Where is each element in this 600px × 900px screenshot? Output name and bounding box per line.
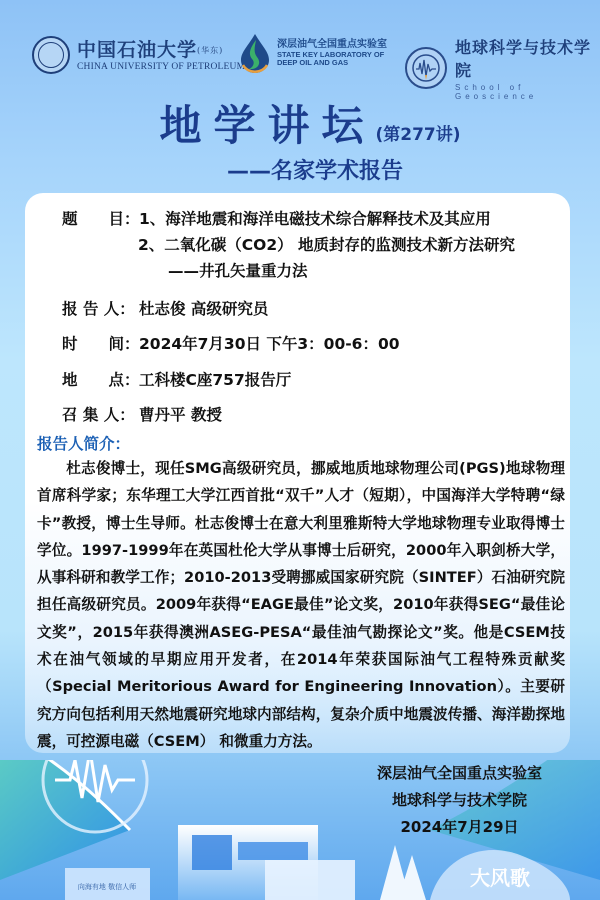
footer-org-1: 深层油气全国重点实验室 <box>377 760 542 787</box>
topic-row: 题 目：1、海洋地震和海洋电磁技术综合解释技术及其应用 <box>62 207 491 229</box>
footer-signature: 深层油气全国重点实验室 地球科学与技术学院 2024年7月29日 <box>377 760 542 841</box>
footer-org-2: 地球科学与技术学院 <box>377 787 542 814</box>
upc-name-en: CHINA UNIVERSITY OF PETROLEUM <box>77 62 245 72</box>
title-block: 地学讲坛(第277讲) ——名家学术报告 <box>0 100 600 185</box>
topic-label: 题 目： <box>62 207 139 229</box>
footer-date: 2024年7月29日 <box>377 814 542 841</box>
time-row: 时 间：2024年7月30日 下午3：00-6：00 <box>62 332 400 354</box>
upc-suffix: (华东) <box>197 46 223 55</box>
geo-name-cn: 地球科学与技术学院 <box>455 35 600 81</box>
speaker-row: 报 告 人：杜志俊 高级研究员 <box>62 297 268 319</box>
geoscience-seal-icon <box>405 47 447 89</box>
host-value: 曹丹平 教授 <box>139 406 222 424</box>
lab-logo: 深层油气全国重点实验室 STATE KEY LABORATORY OF DEEP… <box>238 32 387 74</box>
place-label: 地 点： <box>62 368 139 390</box>
bio-text: 杜志俊博士，现任SMG高级研究员，挪威地质地球物理公司(PGS)地球物理首席科学… <box>37 455 565 755</box>
page-subtitle: ——名家学术报告 <box>30 159 600 185</box>
issue-number: (第277讲) <box>375 125 460 145</box>
calligraphy-text: 大风歌 <box>470 866 530 890</box>
geo-logo: 地球科学与技术学院 School of Geoscience <box>405 35 600 101</box>
header: 中国石油大学(华东) CHINA UNIVERSITY OF PETROLEUM… <box>0 0 600 100</box>
time-value: 2024年7月30日 下午3：00-6：00 <box>139 335 400 353</box>
topic-2-subtitle: ——井孔矢量重力法 <box>168 259 308 281</box>
lab-name-cn: 深层油气全国重点实验室 <box>277 39 387 51</box>
speaker-label: 报 告 人： <box>62 297 139 319</box>
host-label: 召 集 人： <box>62 403 139 425</box>
bio-paragraph: 杜志俊博士，现任SMG高级研究员，挪威地质地球物理公司(PGS)地球物理首席科学… <box>37 455 565 755</box>
lab-name-en-2: DEEP OIL AND GAS <box>277 59 387 68</box>
time-label: 时 间： <box>62 332 139 354</box>
upc-seal-icon <box>32 36 70 74</box>
topic-1: 1、海洋地震和海洋电磁技术综合解释技术及其应用 <box>139 210 491 228</box>
geo-name-en: School of Geoscience <box>455 83 600 101</box>
bio-heading: 报告人简介： <box>37 432 130 454</box>
speaker-value: 杜志俊 高级研究员 <box>139 300 268 318</box>
place-value: 工科楼C座757报告厅 <box>139 371 291 389</box>
banner-text: 向海有地 敬信人师 <box>78 882 136 891</box>
upc-name-cn: 中国石油大学 <box>77 39 197 61</box>
place-row: 地 点：工科楼C座757报告厅 <box>62 368 291 390</box>
topic-2: 2、二氧化碳（CO2） 地质封存的监测技术新方法研究 <box>138 233 515 255</box>
pine-tree-icon <box>380 845 426 900</box>
host-row: 召 集 人：曹丹平 教授 <box>62 403 222 425</box>
upc-logo: 中国石油大学(华东) CHINA UNIVERSITY OF PETROLEUM <box>32 36 245 74</box>
oil-drop-icon <box>238 32 272 74</box>
page-title: 地学讲坛 <box>159 101 375 150</box>
